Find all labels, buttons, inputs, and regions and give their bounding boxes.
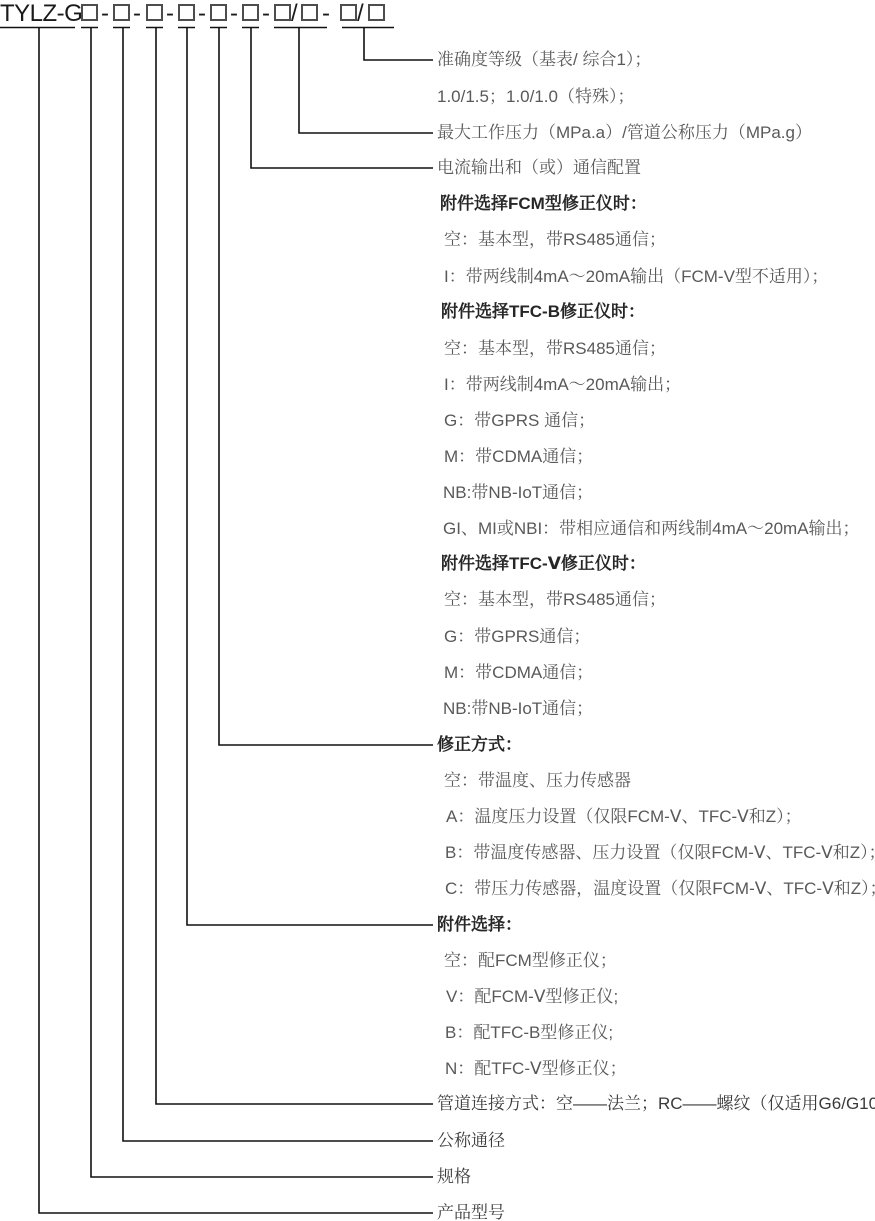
model-field-box-6 (242, 4, 259, 21)
leader-product-model (39, 28, 433, 1214)
leader-spec (91, 28, 433, 1178)
model-field-box-5 (210, 4, 227, 21)
row-max-pressure: 最大工作压力（MPa.a）/管道公称压力（MPa.g） (437, 122, 812, 144)
item-tfcb-nbiot: NB:带NB-IoT通信； (443, 482, 593, 504)
model-field-box-3 (146, 4, 163, 21)
header-tfcb-accessory: 附件选择TFC-B修正仪时： (441, 301, 645, 323)
header-accessory-select: 附件选择： (437, 914, 522, 936)
item-tfcv-cdma: M：带CDMA通信； (444, 662, 593, 684)
item-tfcb-gprs: G：带GPRS 通信； (444, 410, 595, 432)
model-separator: - (230, 0, 238, 27)
item-tfcv-basic: 空：基本型，带RS485通信； (444, 589, 666, 611)
model-field-box-8 (301, 4, 318, 21)
item-accessory-n: N：配TFC-Ⅴ型修正仪； (445, 1058, 627, 1080)
item-correction-b: B：带温度传感器、压力设置（仅限FCM-Ⅴ、TFC-Ⅴ和Z）； (445, 842, 875, 864)
row-accuracy-values: 1.0/1.5；1.0/1.0（特殊）； (437, 86, 634, 108)
leader-accessory-select (187, 28, 433, 926)
row-current-output-comm: 电流输出和（或）通信配置 (437, 157, 641, 179)
item-tfcb-cdma: M：带CDMA通信； (444, 446, 593, 468)
item-tfcv-nbiot: NB:带NB-IoT通信； (443, 698, 593, 720)
model-separator: / (357, 0, 364, 27)
item-correction-a: A：温度压力设置（仅限FCM-Ⅴ、TFC-Ⅴ和Z）； (446, 806, 802, 828)
model-separator: / (291, 0, 298, 27)
leader-max-pressure (299, 28, 433, 134)
leader-pipe-connection (156, 28, 433, 1105)
model-separator: - (198, 0, 206, 27)
model-field-box-7 (274, 4, 291, 21)
item-tfcv-gprs: G：带GPRS通信； (444, 626, 590, 648)
row-nominal-diameter: 公称通径 (437, 1130, 505, 1152)
leader-output-comm (251, 28, 433, 169)
leader-accuracy-class (364, 28, 433, 61)
item-correction-c: C：带压力传感器，温度设置（仅限FCM-Ⅴ、TFC-Ⅴ和Z）； (445, 878, 875, 900)
item-accessory-b: B：配TFC-B型修正仪; (445, 1022, 613, 1044)
connector-lines (0, 0, 875, 1221)
model-separator: - (166, 0, 174, 27)
header-tfcv-accessory: 附件选择TFC-Ⅴ修正仪时： (441, 553, 646, 575)
model-field-box-4 (178, 4, 195, 21)
item-correction-blank: 空：带温度、压力传感器 (444, 770, 631, 792)
model-coding-diagram: TYLZ-G - - - - - - / - / 准确度等级（基表/ 综合1）；… (0, 0, 875, 1221)
model-code: TYLZ-G - - - - - - / - / (0, 0, 420, 30)
item-tfcb-current-output: I：带两线制4mA～20mA输出； (444, 374, 681, 396)
model-prefix: TYLZ-G (0, 0, 82, 27)
model-separator: - (322, 0, 330, 27)
item-tfcb-combined: GI、MI或NBI：带相应通信和两线制4mA～20mA输出； (443, 518, 860, 540)
model-separator: - (133, 0, 141, 27)
row-product-model: 产品型号 (437, 1202, 505, 1221)
model-field-box-9 (340, 4, 357, 21)
header-correction-mode: 修正方式： (437, 734, 522, 756)
row-accuracy-class: 准确度等级（基表/ 综合1）； (437, 49, 651, 71)
item-fcm-basic: 空：基本型，带RS485通信； (444, 229, 666, 251)
row-pipe-connection: 管道连接方式：空——法兰；RC——螺纹（仅适用G6/G10） (437, 1093, 875, 1115)
header-fcm-accessory: 附件选择FCM型修正仪时： (440, 193, 647, 215)
item-tfcb-basic: 空：基本型，带RS485通信； (444, 338, 666, 360)
model-field-box-1 (81, 4, 98, 21)
item-fcm-current-output: I：带两线制4mA～20mA输出（FCM-V型不适用）； (444, 266, 828, 288)
row-spec: 规格 (437, 1166, 471, 1188)
model-field-box-2 (113, 4, 130, 21)
model-field-box-10 (368, 4, 385, 21)
model-separator: - (101, 0, 109, 27)
leader-nominal-diameter (123, 28, 433, 1142)
item-accessory-v: V：配FCM-Ⅴ型修正仪; (446, 986, 618, 1008)
model-separator: - (262, 0, 270, 27)
item-accessory-blank: 空：配FCM型修正仪； (444, 950, 617, 972)
